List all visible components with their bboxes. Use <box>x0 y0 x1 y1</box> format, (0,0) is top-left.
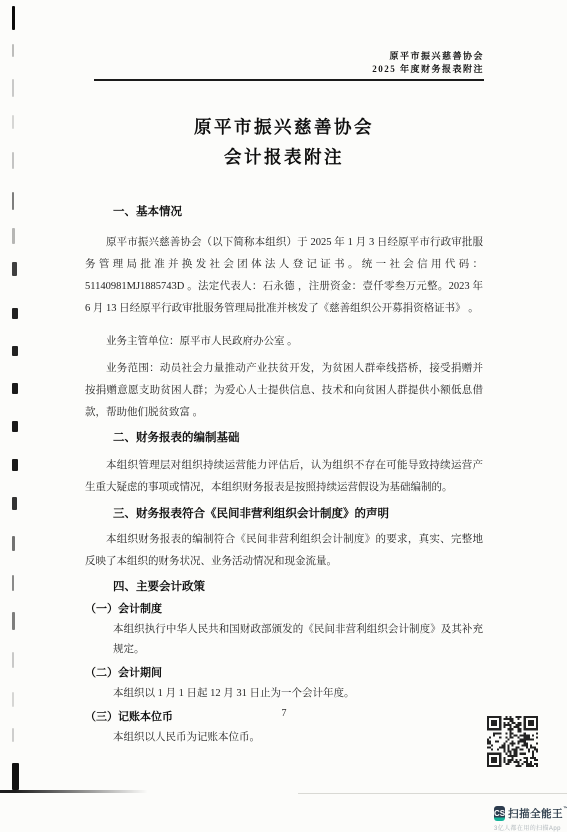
section-4-sub3-paragraph: 本组织以人民币为记账本位币。 <box>85 728 483 748</box>
binding-scan-artifacts <box>0 0 30 832</box>
title-line1: 原平市振兴慈善协会 <box>85 112 483 142</box>
section-3-paragraph: 本组织财务报表的编制符合《民间非营利组织会计制度》的要求，真实、完整地反映了本组… <box>85 529 483 573</box>
camscanner-watermark: CS 扫描全能王™ 3亿人都在用的扫描App <box>494 806 566 832</box>
trademark-symbol: ™ <box>563 806 567 812</box>
section-2-heading: 二、财务报表的编制基础 <box>85 430 483 446</box>
document-body: 一、基本情况 原平市振兴慈善协会（以下简称本组织）于 2025 年 1 月 3 … <box>85 204 483 748</box>
camscanner-logo-icon: CS <box>494 806 505 821</box>
section-1-paragraph-1: 原平市振兴慈善协会（以下简称本组织）于 2025 年 1 月 3 日经原平市行政… <box>85 232 483 320</box>
section-4-sub2-paragraph: 本组织以 1 月 1 日起 12 月 31 日止为一个会计年度。 <box>85 684 483 704</box>
page-number: 7 <box>85 708 483 719</box>
header-report-name: 2025 年度财务报表附注 <box>94 63 484 76</box>
document-page: 原平市振兴慈善协会 2025 年度财务报表附注 原平市振兴慈善协会 会计报表附注… <box>0 0 567 832</box>
page-edge-shadow-left <box>0 790 148 793</box>
qr-code <box>487 716 538 767</box>
section-4-sub1-heading: （一）会计制度 <box>85 602 483 617</box>
section-2-paragraph: 本组织管理层对组织持续运营能力评估后，认为组织不存在可能导致持续运营产生重大疑虑… <box>85 455 483 499</box>
section-4-heading: 四、主要会计政策 <box>85 579 483 595</box>
page-header: 原平市振兴慈善协会 2025 年度财务报表附注 <box>94 50 484 81</box>
title-line2: 会计报表附注 <box>85 142 483 172</box>
section-4-sub2-heading: （二）会计期间 <box>85 666 483 681</box>
camscanner-app-name: 扫描全能王™ <box>508 806 567 821</box>
header-org-name: 原平市振兴慈善协会 <box>94 50 484 63</box>
section-1-heading: 一、基本情况 <box>85 204 483 220</box>
section-1-paragraph-3: 业务范围：动员社会力量推动产业扶贫开发，为贫困人群牵线搭桥，接受捐赠并按捐赠意愿… <box>85 358 483 424</box>
page-edge-shadow-right <box>298 793 567 794</box>
camscanner-tagline: 3亿人都在用的扫描App <box>494 823 566 832</box>
document-title: 原平市振兴慈善协会 会计报表附注 <box>85 112 483 172</box>
section-3-heading: 三、财务报表符合《民间非营利组织会计制度》的声明 <box>85 506 483 522</box>
section-1-paragraph-2: 业务主管单位：原平市人民政府办公室 。 <box>85 331 483 353</box>
section-4-sub1-paragraph: 本组织执行中华人民共和国财政部颁发的《民间非营利组织会计制度》及其补充规定。 <box>85 620 483 660</box>
